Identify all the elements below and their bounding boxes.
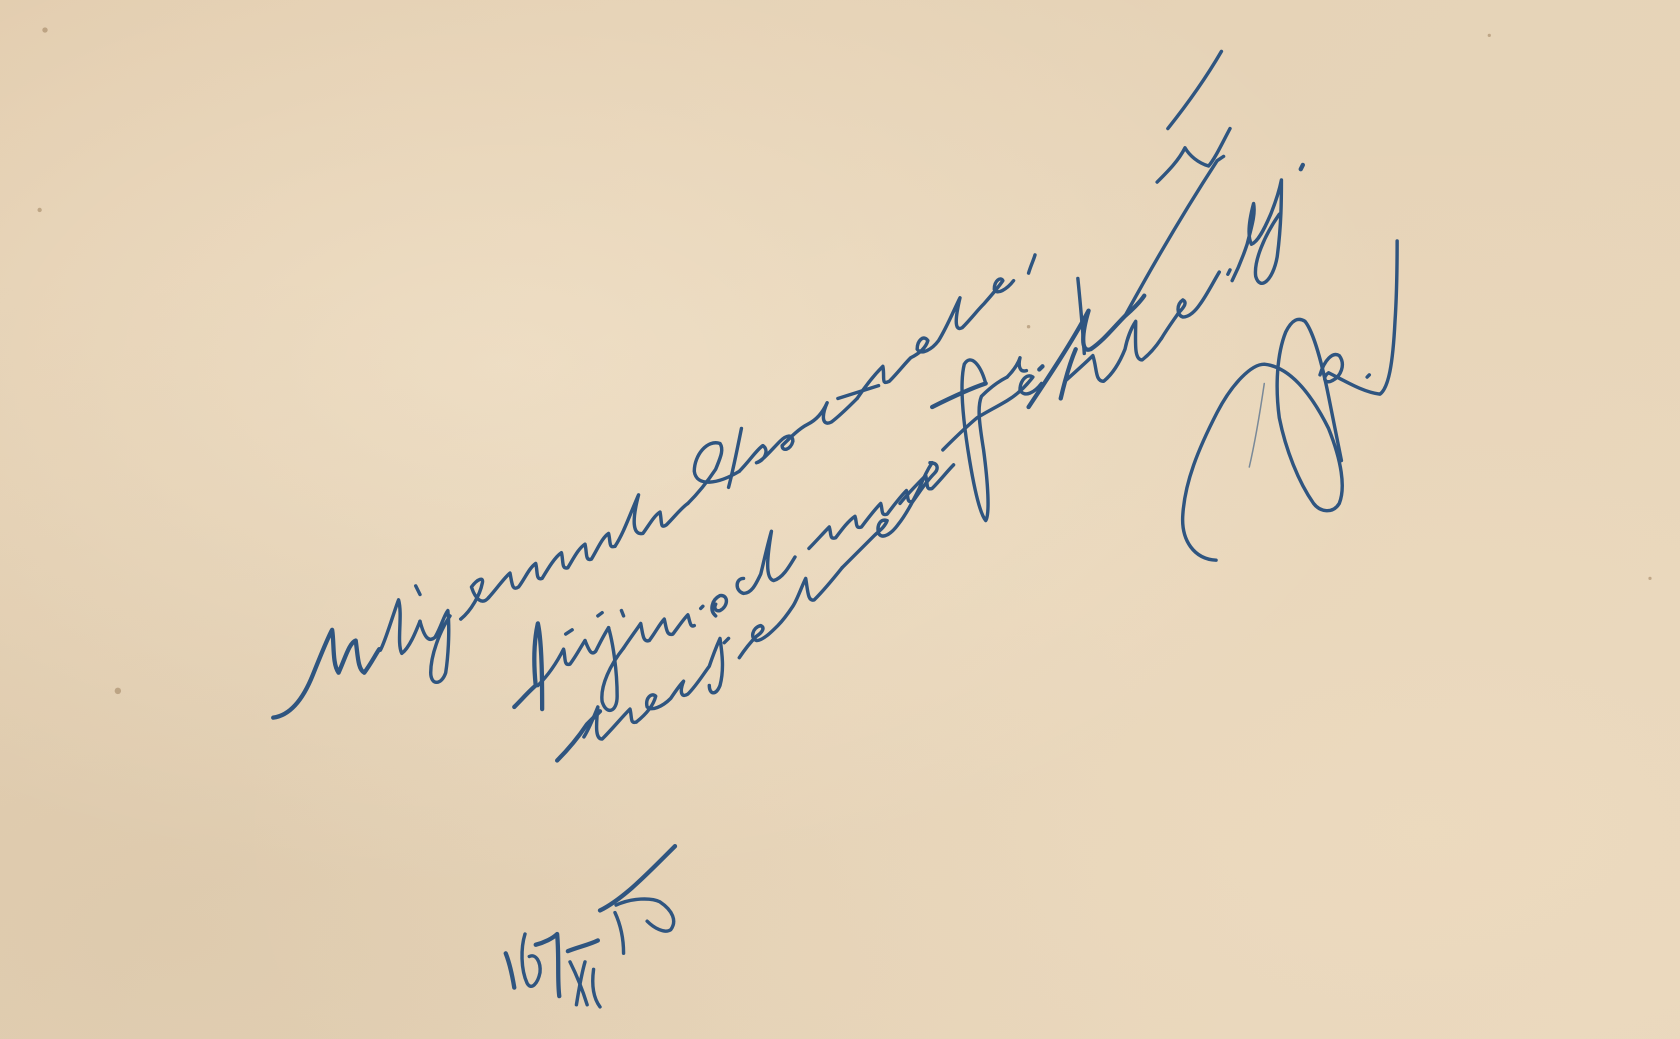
- date-strokes: [506, 846, 675, 1007]
- paper-sheet: Milý Sarmutku Pocketkale, přijmi ode mne…: [0, 0, 1680, 1039]
- signature-strokes: [1183, 241, 1398, 560]
- paper-specks: [38, 27, 1652, 694]
- handwriting-ink: [0, 0, 1680, 1039]
- line2-strokes: [514, 51, 1230, 710]
